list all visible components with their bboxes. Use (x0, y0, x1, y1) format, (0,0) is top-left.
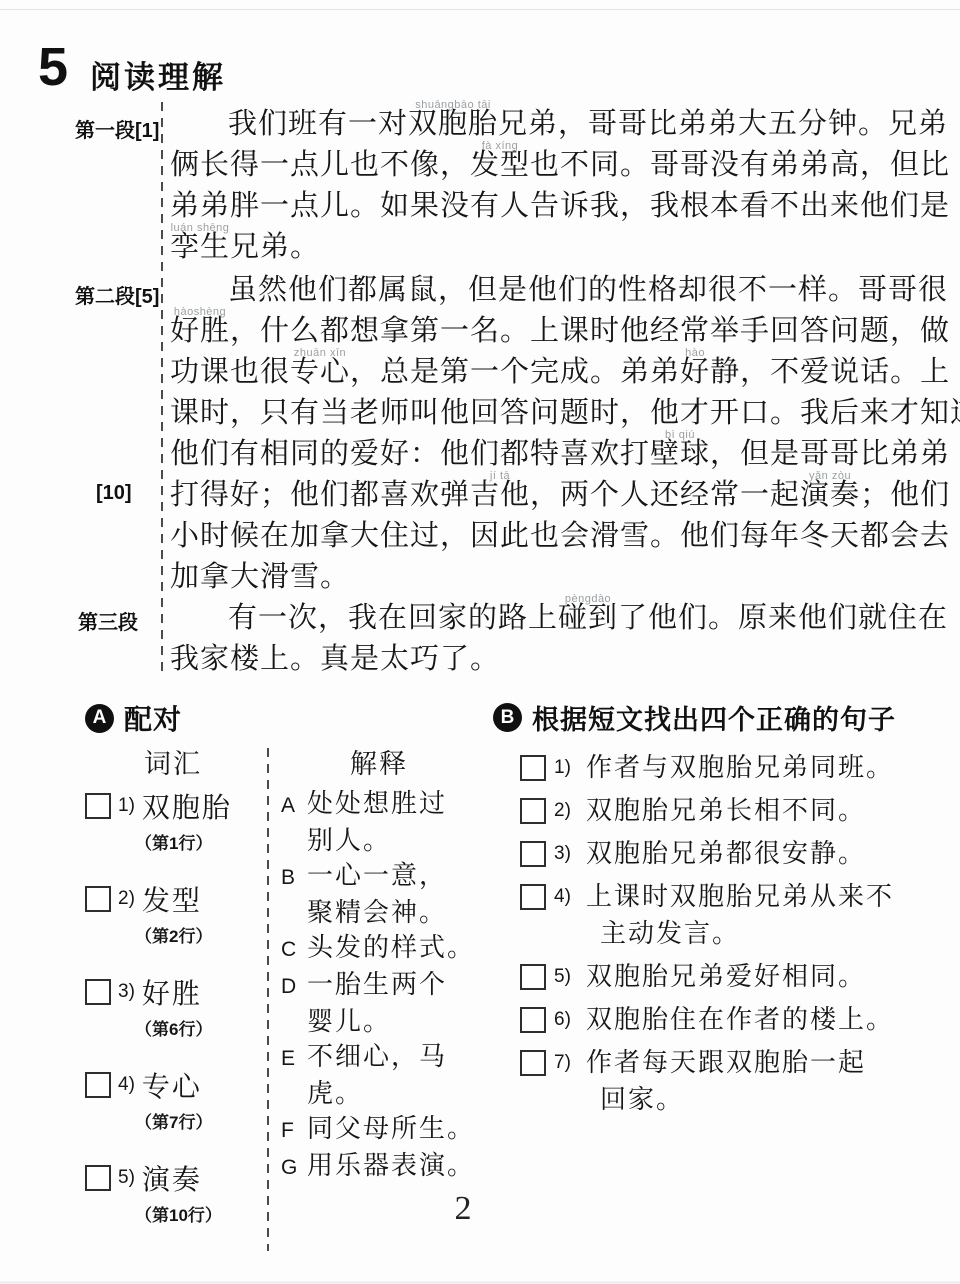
statement-item: 4)上课时双胞胎兄弟从来不主动发言。 (520, 881, 953, 950)
definition-line-continued: 别人。 (281, 823, 477, 858)
vocab-item-row: 5)演奏 (85, 1158, 261, 1198)
hanzi-text: 好 (680, 356, 710, 388)
pinyin-annotation: hào (685, 348, 705, 359)
statement-number: 7) (554, 1052, 578, 1074)
passage-line: 虽然他们都属鼠，但是他们的性格却很不一样。哥哥很 (170, 270, 950, 311)
hanzi-text: 兄弟。 (230, 231, 320, 263)
vocab-line-ref: （第2行） (135, 922, 261, 947)
definition-text: 婴儿。 (307, 1004, 391, 1039)
hanzi-text: 演奏 (800, 479, 860, 511)
vocab-word: 专心 (142, 1065, 202, 1105)
statement-item: 3)双胞胎兄弟都很安静。 (520, 838, 953, 870)
section-a-title: 配对 (124, 698, 182, 738)
paragraph-3: 有一次，我在回家的路上碰到pèngdào了他们。原来他们就住在我家楼上。真是太巧… (170, 598, 950, 680)
statement-row: 6)双胞胎住在作者的楼上。 (520, 1004, 953, 1036)
statement-text: 双胞胎住在作者的楼上。 (586, 1004, 894, 1036)
definition-line: E不细心，马 (281, 1039, 477, 1076)
text-run: 虽然他们都属鼠，但是他们的性格却很不一样。哥哥很 (228, 270, 948, 311)
passage-line: 俩长得一点儿也不像，发型fà xíng也不同。哥哥没有弟弟高，但比 (170, 145, 950, 186)
vocab-checkbox-3[interactable] (85, 979, 111, 1005)
statement-number: 4) (554, 886, 578, 908)
pinyin-annotation: bì qiú (665, 430, 695, 441)
definition-letter: C (281, 932, 307, 967)
annotated-word: 好hào (680, 352, 710, 393)
hanzi-text: ，两个人还经常一起 (530, 479, 800, 511)
text-run: 我们班有一对 (228, 104, 408, 145)
definition-line: D一胎生两个 (281, 967, 477, 1004)
matching-table: 词汇 1)双胞胎（第1行）2)发型（第2行）3)好胜（第6行）4)专心（第7行）… (85, 744, 477, 1251)
pinyin-annotation: jí tā (490, 471, 510, 482)
vocab-item: 3)好胜（第6行） (85, 972, 261, 1040)
section-a-badge: A (85, 704, 114, 733)
vocab-line-ref: （第7行） (135, 1108, 261, 1133)
hanzi-text: 有一次，我在回家的路上 (228, 602, 558, 634)
text-run: ，总是第一个完成。弟弟 (350, 352, 680, 393)
statement-checkbox-1[interactable] (520, 755, 546, 781)
statement-item: 5)双胞胎兄弟爱好相同。 (520, 961, 953, 993)
vocab-number: 1) (118, 795, 135, 817)
statement-item: 6)双胞胎住在作者的楼上。 (520, 1004, 953, 1036)
statement-row: 4)上课时双胞胎兄弟从来不 (520, 881, 953, 913)
section-b-title: 根据短文找出四个正确的句子 (532, 698, 896, 737)
definitions-column: 解释 A处处想胜过别人。B一心一意，聚精会神。C头发的样式。D一胎生两个婴儿。E… (281, 744, 477, 1251)
definition-line-continued: 婴儿。 (281, 1004, 477, 1039)
statement-row: 3)双胞胎兄弟都很安静。 (520, 838, 953, 870)
vocab-word: 演奏 (142, 1158, 202, 1198)
worksheet-page: 5 阅读理解 我们班有一对双胞胎shuāngbāo tāi兄弟，哥哥比弟弟大五分… (0, 0, 960, 1284)
section-b-true-sentences: B 根据短文找出四个正确的句子 1)作者与双胞胎兄弟同班。2)双胞胎兄弟长相不同… (493, 698, 953, 1127)
paragraph-label: 第一段[1] (75, 114, 159, 143)
definition-text: 头发的样式。 (307, 930, 475, 965)
hanzi-text: 了他们。原来他们就住在 (618, 602, 948, 634)
paragraph-label: 第二段[5] (75, 280, 159, 309)
hanzi-text: ，什么都想拿第一名。上课时他经常举手回答问题，做 (230, 315, 950, 347)
hanzi-text: 也不同。哥哥没有弟弟高，但比 (530, 149, 950, 181)
definition-text: 虎。 (307, 1076, 363, 1111)
passage-line: 孪生luán shēng兄弟。 (170, 227, 950, 268)
definition-text: 别人。 (307, 823, 391, 858)
passage-line: 打得好；他们都喜欢弹吉他jí tā，两个人还经常一起演奏yǎn zòu；他们 (170, 475, 950, 516)
vocab-item-row: 2)发型 (85, 879, 261, 919)
pinyin-annotation: zhuān xīn (294, 348, 346, 359)
statement-text: 双胞胎兄弟长相不同。 (586, 795, 866, 827)
definition-line: A处处想胜过 (281, 786, 477, 823)
annotated-word: 壁球bì qiú (650, 434, 710, 475)
statement-text: 作者每天跟双胞胎一起 (586, 1047, 866, 1079)
hanzi-text: 吉他 (470, 479, 530, 511)
vocab-number: 5) (118, 1167, 135, 1189)
scan-edge-top (0, 9, 960, 10)
definition-line: B一心一意， (281, 858, 477, 895)
statement-checkbox-3[interactable] (520, 841, 546, 867)
vocab-column-header: 词汇 (85, 744, 261, 786)
pinyin-annotation: fà xíng (482, 141, 519, 152)
text-run: 了他们。原来他们就住在 (618, 598, 948, 639)
hanzi-text: ，但是哥哥比弟弟 (710, 438, 950, 470)
statement-item: 7)作者每天跟双胞胎一起回家。 (520, 1047, 953, 1116)
definition-line: F同父母所生。 (281, 1111, 477, 1148)
text-run: 打得好；他们都喜欢弹 (170, 475, 470, 516)
lesson-number: 5 (38, 40, 68, 94)
hanzi-text: 小时候在加拿大住过，因此也会滑雪。他们每年冬天都会去 (170, 520, 950, 552)
annotated-word: 孪生luán shēng (170, 227, 230, 268)
definition-line: C头发的样式。 (281, 930, 477, 967)
definition-line: G用乐器表演。 (281, 1148, 477, 1185)
paragraph-label: [10] (96, 482, 132, 505)
passage-margin-line (161, 102, 163, 674)
statement-row: 5)双胞胎兄弟爱好相同。 (520, 961, 953, 993)
hanzi-text: 课时，只有当老师叫他回答问题时，他才开口。我后来才知道， (170, 397, 960, 429)
definition-letter: E (281, 1041, 307, 1076)
definition-line-continued: 聚精会神。 (281, 895, 477, 930)
paragraph-1: 我们班有一对双胞胎shuāngbāo tāi兄弟，哥哥比弟弟大五分钟。兄弟俩长得… (170, 104, 950, 268)
statement-checkbox-2[interactable] (520, 798, 546, 824)
text-run: 静，不爱说话。上 (710, 352, 950, 393)
text-run: 有一次，我在回家的路上 (228, 598, 558, 639)
definitions-column-header: 解释 (281, 744, 477, 786)
hanzi-text: 双胞胎 (408, 108, 498, 140)
text-run: ；他们 (860, 475, 950, 516)
hanzi-text: 孪生 (170, 231, 230, 263)
statement-text-continued: 主动发言。 (600, 918, 953, 950)
definition-letter: F (281, 1113, 307, 1148)
vocab-word: 好胜 (142, 972, 202, 1012)
definition-text: 处处想胜过 (307, 786, 447, 821)
passage-line: 课时，只有当老师叫他回答问题时，他才开口。我后来才知道， (170, 393, 950, 434)
hanzi-text: 专心 (290, 356, 350, 388)
pinyin-annotation: yǎn zòu (809, 471, 851, 482)
statement-checkbox-6[interactable] (520, 1007, 546, 1033)
vocab-item: 2)发型（第2行） (85, 879, 261, 947)
definition-letter: D (281, 969, 307, 1004)
statement-number: 6) (554, 1009, 578, 1031)
pinyin-annotation: luán shēng (171, 223, 230, 234)
vocab-number: 3) (118, 981, 135, 1003)
hanzi-text: ，总是第一个完成。弟弟 (350, 356, 680, 388)
statement-number: 2) (554, 800, 578, 822)
pinyin-annotation: hàoshèng (174, 307, 226, 318)
hanzi-text: 壁球 (650, 438, 710, 470)
text-run: 兄弟。 (230, 227, 320, 268)
statement-text-continued: 回家。 (600, 1084, 953, 1116)
definition-letter: A (281, 788, 307, 823)
hanzi-text: 我们班有一对 (228, 108, 408, 140)
hanzi-text: 弟弟胖一点儿。如果没有人告诉我，我根本看不出来他们是 (170, 190, 950, 222)
hanzi-text: 功课也很 (170, 356, 290, 388)
text-run: 课时，只有当老师叫他回答问题时，他才开口。我后来才知道， (170, 393, 960, 434)
section-b-badge: B (493, 703, 522, 732)
vocab-checkbox-2[interactable] (85, 886, 111, 912)
annotated-word: 吉他jí tā (470, 475, 530, 516)
paragraph-2: 虽然他们都属鼠，但是他们的性格却很不一样。哥哥很好胜hàoshèng，什么都想拿… (170, 270, 950, 598)
statement-number: 3) (554, 843, 578, 865)
definition-line-continued: 虎。 (281, 1076, 477, 1111)
vocab-checkbox-1[interactable] (85, 793, 111, 819)
vocab-checkbox-5[interactable] (85, 1165, 111, 1191)
statement-row: 7)作者每天跟双胞胎一起 (520, 1047, 953, 1079)
hanzi-text: 我家楼上。真是太巧了。 (170, 643, 500, 675)
vocab-word: 双胞胎 (142, 786, 232, 826)
passage-line: 弟弟胖一点儿。如果没有人告诉我，我根本看不出来他们是 (170, 186, 950, 227)
passage-line: 好胜hàoshèng，什么都想拿第一名。上课时他经常举手回答问题，做 (170, 311, 950, 352)
text-run: 也不同。哥哥没有弟弟高，但比 (530, 145, 950, 186)
hanzi-text: 加拿大滑雪。 (170, 561, 350, 593)
statement-text: 双胞胎兄弟都很安静。 (586, 838, 866, 870)
statement-number: 5) (554, 966, 578, 988)
text-run: 我家楼上。真是太巧了。 (170, 639, 500, 680)
vocab-item-row: 3)好胜 (85, 972, 261, 1012)
statement-text: 作者与双胞胎兄弟同班。 (586, 752, 894, 784)
text-run: 兄弟，哥哥比弟弟大五分钟。兄弟 (498, 104, 948, 145)
definition-text: 一心一意， (307, 858, 447, 893)
vocab-checkbox-4[interactable] (85, 1072, 111, 1098)
statement-checkbox-7[interactable] (520, 1050, 546, 1076)
definition-text: 不细心，马 (307, 1039, 447, 1074)
statement-item: 1)作者与双胞胎兄弟同班。 (520, 752, 953, 784)
text-run: ，但是哥哥比弟弟 (710, 434, 950, 475)
hanzi-text: 碰到 (558, 602, 618, 634)
definition-text: 一胎生两个 (307, 967, 447, 1002)
matching-divider-line (267, 748, 269, 1251)
text-run: 小时候在加拿大住过，因此也会滑雪。他们每年冬天都会去 (170, 516, 950, 557)
vocab-item: 4)专心（第7行） (85, 1065, 261, 1133)
hanzi-text: 好胜 (170, 315, 230, 347)
vocab-item: 1)双胞胎（第1行） (85, 786, 261, 854)
text-run: 加拿大滑雪。 (170, 557, 350, 598)
passage-line: 我们班有一对双胞胎shuāngbāo tāi兄弟，哥哥比弟弟大五分钟。兄弟 (170, 104, 950, 145)
vocab-word: 发型 (142, 879, 202, 919)
page-number: 2 (400, 1190, 526, 1228)
annotated-word: 双胞胎shuāngbāo tāi (408, 104, 498, 145)
vocab-item-row: 4)专心 (85, 1065, 261, 1105)
statement-list: 1)作者与双胞胎兄弟同班。2)双胞胎兄弟长相不同。3)双胞胎兄弟都很安静。4)上… (493, 752, 953, 1116)
text-run: 俩长得一点儿也不像， (170, 145, 470, 186)
statement-row: 2)双胞胎兄弟长相不同。 (520, 795, 953, 827)
statement-number: 1) (554, 757, 578, 779)
passage-line: 小时候在加拿大住过，因此也会滑雪。他们每年冬天都会去 (170, 516, 950, 557)
vocab-column: 词汇 1)双胞胎（第1行）2)发型（第2行）3)好胜（第6行）4)专心（第7行）… (85, 744, 261, 1251)
statement-row: 1)作者与双胞胎兄弟同班。 (520, 752, 953, 784)
statement-checkbox-4[interactable] (520, 884, 546, 910)
text-run: ，什么都想拿第一名。上课时他经常举手回答问题，做 (230, 311, 950, 352)
vocab-line-ref: （第10行） (135, 1201, 261, 1226)
text-run: ，两个人还经常一起 (530, 475, 800, 516)
hanzi-text: 打得好；他们都喜欢弹 (170, 479, 470, 511)
passage-line: 有一次，我在回家的路上碰到pèngdào了他们。原来他们就住在 (170, 598, 950, 639)
statement-checkbox-5[interactable] (520, 964, 546, 990)
vocab-number: 4) (118, 1074, 135, 1096)
pinyin-annotation: shuāngbāo tāi (415, 100, 491, 111)
paragraph-label: 第三段 (78, 606, 138, 635)
pinyin-annotation: pèngdào (565, 594, 611, 605)
text-run: 功课也很 (170, 352, 290, 393)
statement-text: 双胞胎兄弟爱好相同。 (586, 961, 866, 993)
passage-line: 加拿大滑雪。 (170, 557, 950, 598)
annotated-word: 碰到pèngdào (558, 598, 618, 639)
hanzi-text: 静，不爱说话。上 (710, 356, 950, 388)
hanzi-text: 他们有相同的爱好：他们都特喜欢打 (170, 438, 650, 470)
hanzi-text: 发型 (470, 149, 530, 181)
annotated-word: 专心zhuān xīn (290, 352, 350, 393)
text-run: 他们有相同的爱好：他们都特喜欢打 (170, 434, 650, 475)
section-a-matching: A 配对 词汇 1)双胞胎（第1行）2)发型（第2行）3)好胜（第6行）4)专心… (85, 698, 477, 1251)
section-a-header: A 配对 (85, 698, 477, 738)
section-b-header: B 根据短文找出四个正确的句子 (493, 698, 953, 737)
definition-text: 聚精会神。 (307, 895, 447, 930)
definition-letter: B (281, 860, 307, 895)
passage-line: 他们有相同的爱好：他们都特喜欢打壁球bì qiú，但是哥哥比弟弟 (170, 434, 950, 475)
text-run: 弟弟胖一点儿。如果没有人告诉我，我根本看不出来他们是 (170, 186, 950, 227)
annotated-word: 发型fà xíng (470, 145, 530, 186)
page-title: 阅读理解 (90, 52, 226, 97)
annotated-word: 演奏yǎn zòu (800, 475, 860, 516)
vocab-line-ref: （第6行） (135, 1015, 261, 1040)
vocab-item: 5)演奏（第10行） (85, 1158, 261, 1226)
vocab-item-row: 1)双胞胎 (85, 786, 261, 826)
hanzi-text: 俩长得一点儿也不像， (170, 149, 470, 181)
hanzi-text: 虽然他们都属鼠，但是他们的性格却很不一样。哥哥很 (228, 274, 948, 306)
definition-letter: G (281, 1150, 307, 1185)
statement-item: 2)双胞胎兄弟长相不同。 (520, 795, 953, 827)
hanzi-text: 兄弟，哥哥比弟弟大五分钟。兄弟 (498, 108, 948, 140)
vocab-number: 2) (118, 888, 135, 910)
hanzi-text: ；他们 (860, 479, 950, 511)
definition-text: 用乐器表演。 (307, 1148, 475, 1183)
statement-text: 上课时双胞胎兄弟从来不 (586, 881, 894, 913)
passage-line: 我家楼上。真是太巧了。 (170, 639, 950, 680)
annotated-word: 好胜hàoshèng (170, 311, 230, 352)
passage-line: 功课也很专心zhuān xīn，总是第一个完成。弟弟好hào静，不爱说话。上 (170, 352, 950, 393)
definition-text: 同父母所生。 (307, 1111, 475, 1146)
vocab-line-ref: （第1行） (135, 829, 261, 854)
